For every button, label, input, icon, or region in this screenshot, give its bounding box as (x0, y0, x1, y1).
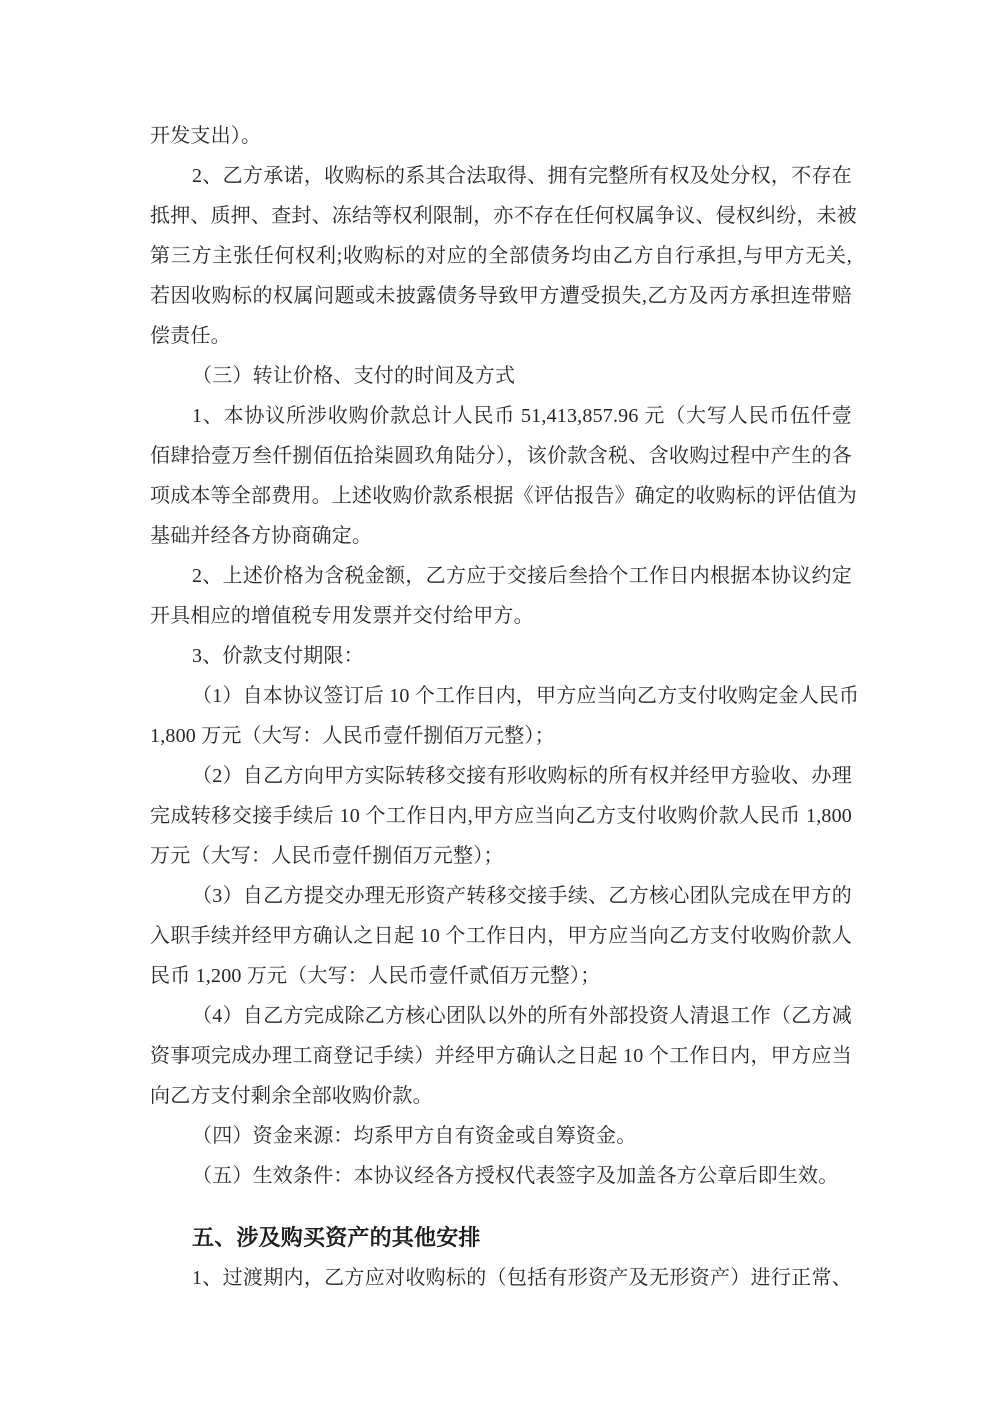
text-line: 项成本等全部费用。上述收购价款系根据《评估报告》确定的收购标的评估值为 (150, 476, 852, 516)
text-line: 万元（大写：人民币壹仟捌佰万元整）； (150, 836, 852, 876)
text-line: （三）转让价格、支付的时间及方式 (150, 356, 852, 396)
text-line: （1）自本协议签订后 10 个工作日内，甲方应当向乙方支付收购定金人民币 (150, 676, 852, 716)
text-line: 抵押、质押、查封、冻结等权利限制，亦不存在任何权属争议、侵权纠纷，未被 (150, 196, 852, 236)
text-line: 完成转移交接手续后 10 个工作日内,甲方应当向乙方支付收购价款人民币 1,80… (150, 796, 852, 836)
text-line: 若因收购标的权属问题或未披露债务导致甲方遭受损失,乙方及丙方承担连带赔 (150, 276, 852, 316)
text-line: 开具相应的增值税专用发票并交付给甲方。 (150, 596, 852, 636)
text-line: （四）资金来源：均系甲方自有资金或自筹资金。 (150, 1116, 852, 1156)
text-line: 1、本协议所涉收购价款总计人民币 51,413,857.96 元（大写人民币伍仟… (150, 396, 852, 436)
text-line: 第三方主张任何权利;收购标的对应的全部债务均由乙方自行承担,与甲方无关, (150, 236, 852, 276)
paragraph-gap (150, 1196, 852, 1218)
text-line: （4）自乙方完成除乙方核心团队以外的所有外部投资人清退工作（乙方减 (150, 996, 852, 1036)
section-heading: 五、涉及购买资产的其他安排 (150, 1218, 852, 1258)
text-line: 开发支出）。 (150, 116, 852, 156)
text-line: 1、过渡期内，乙方应对收购标的（包括有形资产及无形资产）进行正常、 (150, 1258, 852, 1298)
text-line: （2）自乙方向甲方实际转移交接有形收购标的所有权并经甲方验收、办理 (150, 756, 852, 796)
text-line: 资事项完成办理工商登记手续）并经甲方确认之日起 10 个工作日内，甲方应当 (150, 1036, 852, 1076)
text-line: 佰肆拾壹万叁仟捌佰伍拾柒圆玖角陆分），该价款含税、含收购过程中产生的各 (150, 436, 852, 476)
document-page: 开发支出）。2、乙方承诺，收购标的系其合法取得、拥有完整所有权及处分权，不存在抵… (0, 0, 1000, 1414)
text-line: 3、价款支付期限： (150, 636, 852, 676)
text-line: 向乙方支付剩余全部收购价款。 (150, 1076, 852, 1116)
text-line: 偿责任。 (150, 316, 852, 356)
document-content: 开发支出）。2、乙方承诺，收购标的系其合法取得、拥有完整所有权及处分权，不存在抵… (150, 116, 852, 1298)
text-line: 2、乙方承诺，收购标的系其合法取得、拥有完整所有权及处分权，不存在 (150, 156, 852, 196)
text-line: （3）自乙方提交办理无形资产转移交接手续、乙方核心团队完成在甲方的 (150, 876, 852, 916)
text-line: 2、上述价格为含税金额，乙方应于交接后叁拾个工作日内根据本协议约定 (150, 556, 852, 596)
text-line: （五）生效条件：本协议经各方授权代表签字及加盖各方公章后即生效。 (150, 1156, 852, 1196)
text-line: 基础并经各方协商确定。 (150, 516, 852, 556)
text-line: 入职手续并经甲方确认之日起 10 个工作日内，甲方应当向乙方支付收购价款人 (150, 916, 852, 956)
text-line: 民币 1,200 万元（大写：人民币壹仟贰佰万元整）； (150, 956, 852, 996)
text-line: 1,800 万元（大写：人民币壹仟捌佰万元整）； (150, 716, 852, 756)
